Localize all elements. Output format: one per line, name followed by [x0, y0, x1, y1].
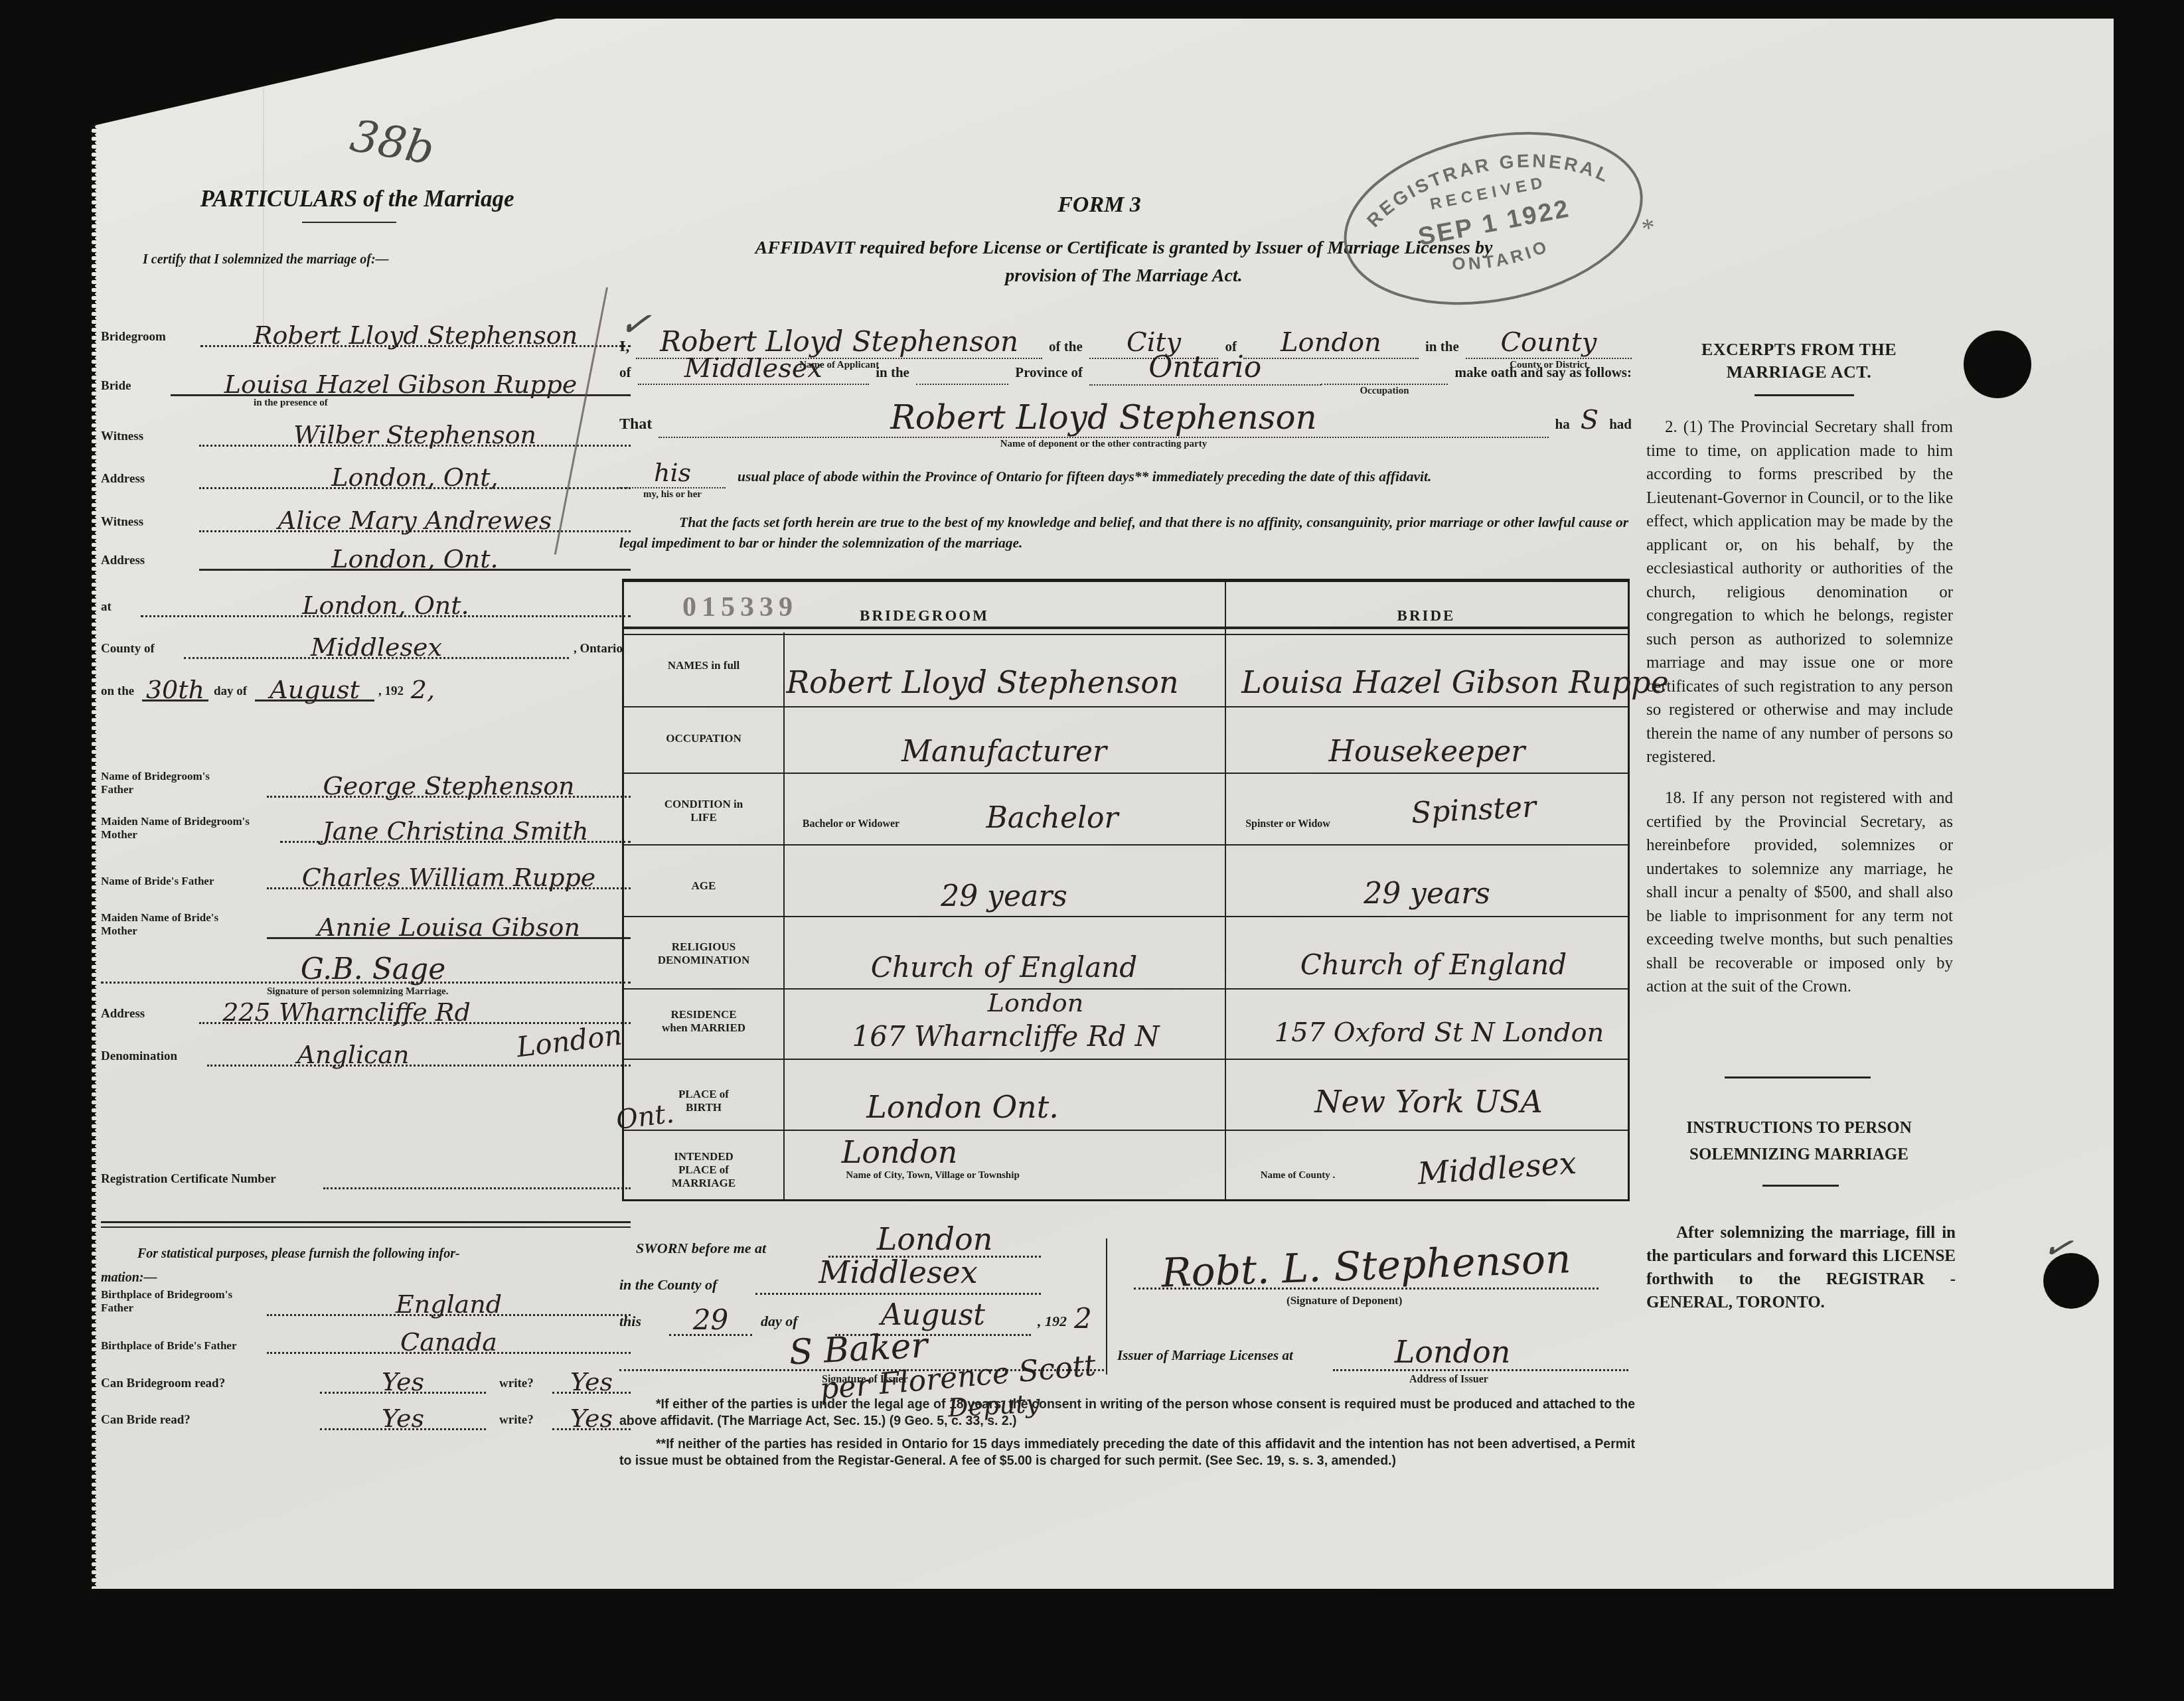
issuer-address-caption: Address of Issuer [1409, 1374, 1488, 1386]
field-label: Name of Bridegroom's Father [101, 770, 240, 796]
row-label-age: AGE [624, 879, 783, 893]
occupation-bride-value: Housekeeper [1226, 735, 1628, 769]
field-suffix: , Ontario [574, 642, 623, 656]
field-bride: Bride Louisa Hazel Gibson Ruppe in the p… [101, 364, 631, 396]
form-number-title: FORM 3 [900, 192, 1298, 218]
field-address-3: Address 225 Wharncliffe Rd [101, 992, 631, 1024]
instructions-title: INSTRUCTIONS TO PERSON SOLEMNIZING MARRI… [1673, 1115, 1925, 1168]
row-label-occupation: OCCUPATION [624, 732, 783, 745]
field-value: Yes [320, 1367, 486, 1396]
field-line [323, 1187, 631, 1189]
particulars-rule [302, 222, 396, 223]
field-label: Maiden Name of Bridegroom's Mother [101, 815, 254, 842]
statistical-intro-line-1: For statistical purposes, please furnish… [101, 1246, 631, 1262]
footnote-consent: *If either of the parties is under the l… [619, 1396, 1635, 1430]
field-bride-mother: Maiden Name of Bride's Mother Annie Loui… [101, 907, 631, 939]
age-bridegroom-value: 29 years [783, 879, 1225, 913]
affidavit-table: 015339 BRIDEGROOM BRIDE NAMES in full OC… [622, 579, 1630, 1201]
printed-text: That [619, 415, 652, 433]
field-label: Bridegroom [101, 330, 166, 344]
sworn-year-written: 2 [1074, 1302, 1092, 1335]
table-row-divider [624, 1059, 1628, 1060]
affidavit-line-2: of Middlesex in the Province of Ontario … [619, 350, 1632, 386]
condition-bridegroom-sublabel: Bachelor or Widower [791, 818, 911, 830]
field-denomination: Denomination Anglican [101, 1035, 631, 1067]
field-county: County of Middlesex , Ontario [101, 627, 631, 659]
field-label: Denomination [101, 1049, 177, 1064]
sworn-county-label: in the County of [619, 1276, 717, 1294]
punch-hole-top [1964, 331, 2031, 398]
field-label: at [101, 600, 112, 615]
table-row-divider [624, 1130, 1628, 1131]
sworn-at-value: London [828, 1221, 1041, 1257]
field-bridegroom-mother: Maiden Name of Bridegroom's Mother Jane … [101, 811, 631, 843]
field-label: Birthplace of Bridegroom's Father [101, 1288, 240, 1315]
residence-bridegroom-value: 167 Wharncliffe Rd N [777, 1020, 1235, 1053]
field-date: on the 30th day of August , 192 2, [101, 670, 631, 702]
field-value: G.B. Sage [234, 952, 512, 986]
field-witness-1: Witness Wilber Stephenson [101, 415, 631, 447]
field-value: Yes [320, 1404, 486, 1433]
field-registration-number: Registration Certificate Number [101, 1157, 631, 1189]
province-value: Ontario [1148, 350, 1261, 384]
fill-caption: Name of deponent or the other contractin… [659, 439, 1548, 450]
field-label: Address [101, 1007, 145, 1021]
field-value-2: August [255, 675, 374, 704]
field-value: England [267, 1290, 631, 1319]
sworn-day-label: this [619, 1313, 641, 1330]
statistical-divider [101, 1221, 631, 1228]
instructions-rule [1762, 1185, 1839, 1187]
field-at: at London, Ont. [101, 585, 631, 617]
sworn-year-printed: , 192 [1038, 1313, 1067, 1330]
field-label: County of [101, 642, 155, 656]
issuer-address-value: London [1373, 1334, 1532, 1370]
names-bride-value: Louisa Hazel Gibson Ruppe [1223, 664, 1687, 700]
field-value: Middlesex [184, 632, 569, 662]
field-value: 30th [142, 675, 208, 704]
film-background: PARTICULARS of the Marriage I certify th… [0, 0, 2184, 1701]
field-mid-label: day of [214, 684, 247, 699]
pencil-sheet-number: 38b [347, 110, 438, 175]
field-value: Charles William Ruppe [267, 863, 631, 892]
paper-deckle-edge [92, 125, 98, 1589]
condition-bridegroom-value: Bachelor [909, 801, 1195, 835]
printed-text: of [619, 364, 631, 381]
stamp-star-icon: * [1640, 212, 1658, 244]
occupation-fill: Occupation [1321, 353, 1448, 385]
field-value: George Stephenson [267, 771, 631, 800]
instructions-body: After solemnizing the marriage, fill in … [1646, 1221, 1956, 1314]
table-row-divider [624, 706, 1628, 707]
pronoun-value: his [654, 458, 691, 487]
field-value: Jane Christina Smith [280, 816, 631, 846]
field-address-1: Address London, Ont, [101, 457, 631, 489]
intended-place-bridegroom-value: London [790, 1134, 1009, 1170]
affidavit-line-3: That Robert Lloyd Stephenson Name of dep… [619, 398, 1632, 438]
field-label: on the [101, 684, 134, 699]
sworn-day-value: 29 [669, 1303, 752, 1336]
county-value: Middlesex [684, 353, 822, 384]
printed-text: ha [1555, 416, 1570, 433]
field-mid-label: write? [499, 1376, 534, 1391]
table-row-divider [624, 844, 1628, 846]
field-label: Witness [101, 429, 143, 444]
excerpt-section-2: 2. (1) The Provincial Secretary shall fr… [1646, 415, 1953, 769]
birthplace-bride-value: New York USA [1229, 1084, 1628, 1120]
paper-sheet: PARTICULARS of the Marriage I certify th… [92, 19, 2114, 1589]
birthplace-bridegroom-value: London Ont. [787, 1089, 1138, 1125]
condition-bride-sublabel: Spinster or Widow [1231, 818, 1344, 830]
field-bridegroom: Bridegroom Robert Lloyd Stephenson [101, 315, 631, 347]
field-value: Robert Lloyd Stephenson [200, 321, 631, 350]
field-label: Witness [101, 515, 143, 530]
field-value: Wilber Stephenson [199, 420, 631, 449]
table-row-divider [624, 773, 1628, 774]
table-header-bridegroom: BRIDEGROOM [624, 607, 1225, 625]
sworn-county-value: Middlesex [755, 1254, 1041, 1290]
sworn-day-of-label: day of [761, 1313, 798, 1330]
field-value: London, Ont, [199, 463, 631, 492]
field-value: London, Ont. [141, 591, 631, 620]
issuer-address-label: Issuer of Marriage Licenses at [1117, 1347, 1293, 1364]
occupation-bridegroom-value: Manufacturer [783, 735, 1225, 769]
excerpts-title: EXCERPTS FROM THE MARRIAGE ACT. [1666, 338, 1932, 384]
field-value: Anglican [181, 1040, 526, 1069]
field-label: Birthplace of Bride's Father [101, 1339, 240, 1353]
printed-text: had [1609, 416, 1632, 433]
field-witness-2: Witness Alice Mary Andrewes [101, 500, 631, 532]
affidavit-truth-paragraph: That the facts set forth herein are true… [619, 512, 1628, 554]
field-label: Maiden Name of Bride's Mother [101, 911, 240, 938]
fill-caption: Occupation [1321, 386, 1448, 397]
religion-bride-value: Church of England [1226, 948, 1641, 981]
residence-bridegroom-city: London [903, 988, 1168, 1017]
pronoun-fill: his my, his or her [619, 458, 726, 488]
issuer-address-line [1333, 1369, 1628, 1371]
printed-text: in the [876, 364, 909, 381]
condition-bride-value: Spinster [1344, 786, 1604, 834]
table-row-divider [624, 916, 1628, 917]
sworn-at-label: SWORN before me at [636, 1240, 766, 1257]
field-solemnizer-signature: G.B. Sage Signature of person solemnizin… [101, 952, 631, 984]
certify-statement: I certify that I solemnized the marriage… [143, 252, 389, 267]
verb-suffix-value: S [1581, 405, 1599, 435]
intended-place-bride-value: Middlesex [1364, 1141, 1631, 1195]
field-value: Alice Mary Andrewes [199, 506, 631, 535]
names-bridegroom-value: Robert Lloyd Stephenson [734, 664, 1231, 700]
intended-place-bridegroom-sublabel: Name of City, Town, Village or Township [787, 1170, 1079, 1181]
printed-text: make oath and say as follows: [1454, 364, 1632, 381]
excerpts-rule [1755, 394, 1854, 396]
field-label: Name of Bride's Father [101, 875, 240, 888]
field-year-printed: , 192 [378, 684, 404, 699]
religion-bridegroom-value: Church of England [783, 951, 1225, 984]
printed-text: usual place of abode within the Province… [738, 469, 1431, 485]
blank-fill [916, 353, 1008, 385]
field-birthplace-bridegroom-father: Birthplace of Bridegroom's Father Englan… [101, 1284, 631, 1316]
field-value: Canada [267, 1327, 631, 1357]
instructions-divider [1725, 1076, 1871, 1078]
province-fill: Ontario [1089, 350, 1321, 386]
printed-text: Province of [1015, 364, 1083, 381]
field-label: Registration Certificate Number [101, 1172, 276, 1187]
particulars-title: PARTICULARS of the Marriage [131, 186, 583, 212]
fill-caption: my, his or her [619, 489, 726, 500]
deponent-name-fill: Robert Lloyd Stephenson Name of deponent… [659, 398, 1548, 438]
table-header-divider [624, 627, 1628, 635]
field-label: Can Bride read? [101, 1413, 191, 1428]
statistical-intro-line-2: mation:— [101, 1270, 631, 1286]
pencil-checkmark: ✓ [617, 301, 654, 348]
excerpt-section-18: 18. If any person not registered with an… [1646, 786, 1953, 999]
field-value: London, Ont. [199, 544, 631, 573]
punch-hole-bottom [2043, 1253, 2099, 1309]
row-label-intended-place: INTENDED PLACE of MARRIAGE [657, 1150, 750, 1190]
field-label: Address [101, 472, 145, 486]
residence-bride-value: 157 Oxford St N London [1220, 1017, 1658, 1048]
field-value: 225 Wharncliffe Rd [161, 998, 532, 1027]
deponent-signature-line [1134, 1288, 1599, 1290]
field-value: Louisa Hazel Gibson Ruppe [171, 370, 631, 399]
field-bride-literacy: Can Bride read? Yes write? Yes [101, 1398, 631, 1430]
field-value: Annie Louisa Gibson [267, 913, 631, 942]
deponent-signature-caption: (Signature of Deponent) [1287, 1294, 1402, 1307]
field-mid-label: write? [499, 1413, 534, 1428]
table-header-bride: BRIDE [1225, 607, 1628, 625]
deponent-name-value: Robert Lloyd Stephenson [890, 398, 1317, 437]
field-bridegroom-literacy: Can Bridegroom read? Yes write? Yes [101, 1362, 631, 1394]
age-bride-value: 29 years [1226, 877, 1628, 911]
field-label: Bride [101, 379, 131, 394]
field-bride-father: Name of Bride's Father Charles William R… [101, 857, 631, 889]
field-bridegroom-father: Name of Bridegroom's Father George Steph… [101, 766, 631, 798]
sworn-county-line [755, 1293, 1041, 1295]
county-fill: Middlesex [638, 353, 870, 385]
field-year-written: 2, [403, 675, 443, 704]
row-label-residence: RESIDENCE when MARRIED [661, 1008, 747, 1035]
field-birthplace-bride-father: Birthplace of Bride's Father Canada [101, 1322, 631, 1354]
field-caption: in the presence of [254, 398, 328, 409]
affidavit-line-4: his my, his or her usual place of abode … [619, 458, 1632, 488]
field-label: Can Bridegroom read? [101, 1376, 225, 1391]
field-address-2: Address London, Ont. [101, 539, 631, 571]
row-label-birthplace: PLACE of BIRTH [664, 1088, 743, 1114]
row-label-names: NAMES in full [664, 659, 743, 672]
received-stamp: REGISTRAR GENERAL RECEIVED SEP 1 1922 ON… [1324, 102, 1664, 338]
intended-place-bride-sublabel: Name of County . [1231, 1170, 1364, 1181]
row-label-religion: RELIGIOUS DENOMINATION [647, 940, 760, 967]
field-label: Address [101, 554, 145, 568]
row-label-condition: CONDITION in LIFE [661, 798, 747, 824]
footnote-residency: **If neither of the parties has resided … [619, 1436, 1635, 1469]
field-value-2: Yes [552, 1367, 631, 1396]
